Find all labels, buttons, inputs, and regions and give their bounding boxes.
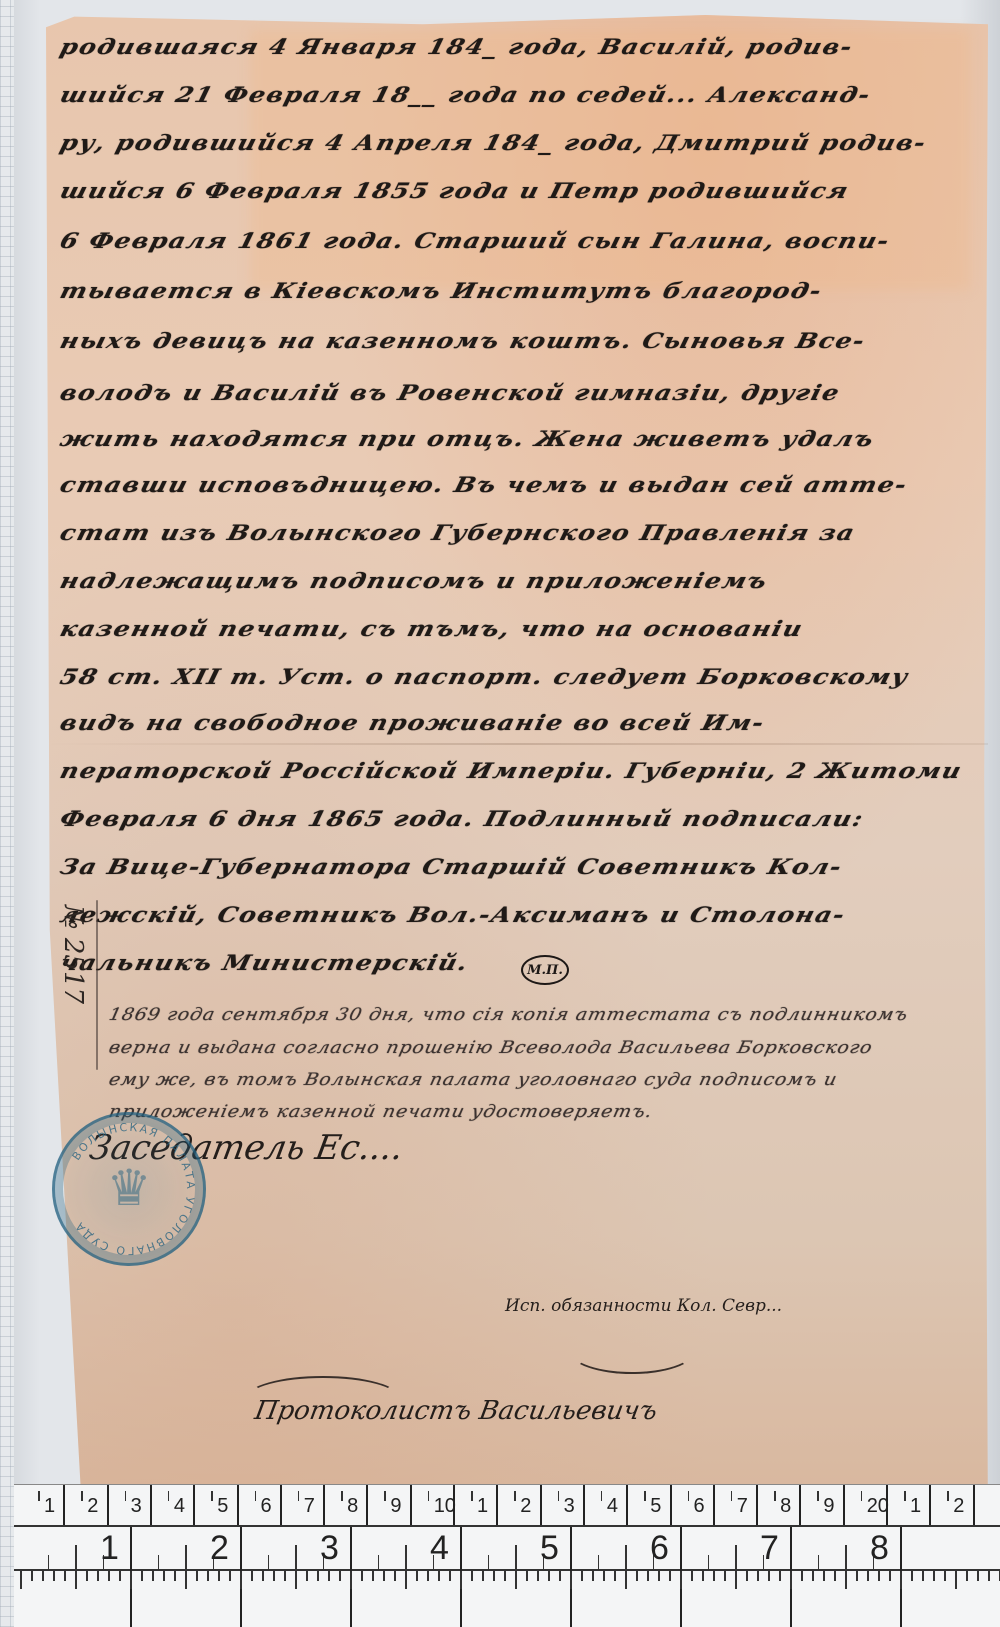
text-line: ру, родившийся 4 Апреля 184_ года, Дмитр… xyxy=(56,131,963,160)
text-line: Февраля 6 дня 1865 года. Подлинный подпи… xyxy=(56,807,963,836)
ruler-label: 5 xyxy=(540,1529,559,1568)
ruler-label: 1 xyxy=(477,1495,488,1518)
ruler-tick xyxy=(691,1571,693,1581)
ruler-label: 1 xyxy=(100,1529,119,1568)
text-line: володъ и Василій въ Ровенской гимназіи, … xyxy=(56,381,963,410)
ruler-tick xyxy=(218,1571,220,1581)
ruler-tick xyxy=(702,1571,704,1581)
ruler-label: 5 xyxy=(650,1495,661,1518)
ruler-tick xyxy=(713,1571,715,1581)
ruler-tick xyxy=(626,1485,628,1525)
text-line: стат изъ Волынского Губернского Правлені… xyxy=(56,521,963,550)
ruler-label: 6 xyxy=(261,1495,272,1518)
ruler-bottom-scale xyxy=(14,1527,1000,1571)
mp-seal-mark: М.П. xyxy=(521,955,569,985)
ruler-tick xyxy=(306,1571,308,1581)
ruler-tick xyxy=(81,1491,83,1501)
ruler-tick xyxy=(688,1491,690,1501)
ruler-tick xyxy=(947,1491,949,1501)
text-line: ныхъ девицъ на казенномъ коштъ. Сыновья … xyxy=(56,329,963,358)
ruler-tick xyxy=(405,1571,407,1589)
ruler-label: 8 xyxy=(347,1495,358,1518)
ruler-tick xyxy=(929,1485,931,1525)
ruler-tick xyxy=(911,1571,913,1581)
ruler-tick xyxy=(237,1485,239,1525)
ruler-tick xyxy=(295,1545,297,1569)
ruler-tick xyxy=(644,1491,646,1501)
text-line: лежскій, Советникъ Вол.-Аксиманъ и Столо… xyxy=(56,903,963,932)
ruler-tick xyxy=(504,1571,506,1581)
ruler-tick xyxy=(410,1485,412,1525)
ruler-tick xyxy=(680,1571,682,1589)
ruler-tick xyxy=(207,1571,209,1581)
text-line: шийся 6 Февраля 1855 года и Петр родивши… xyxy=(56,179,963,208)
margin-number-note: № 2517 xyxy=(48,905,88,1045)
ruler-tick xyxy=(119,1571,121,1581)
ruler-tick xyxy=(298,1491,300,1501)
ruler-tick xyxy=(295,1571,297,1589)
ruler-tick xyxy=(75,1545,77,1569)
ruler-tick xyxy=(746,1571,748,1581)
ruler-label: 9 xyxy=(823,1495,834,1518)
ruler-tick xyxy=(878,1571,880,1581)
ruler-tick xyxy=(603,1571,605,1581)
ruler-tick xyxy=(735,1545,737,1569)
text-line: жить находятся при отцъ. Жена живетъ уда… xyxy=(56,427,963,456)
ruler-tick xyxy=(515,1545,517,1569)
ruler-tick xyxy=(845,1545,847,1569)
ruler-tick xyxy=(817,1491,819,1501)
ruler-tick xyxy=(636,1571,638,1581)
ruler-tick xyxy=(944,1571,946,1581)
ruler-tick xyxy=(350,1571,352,1589)
ruler-tick xyxy=(790,1571,792,1589)
ruler-tick xyxy=(317,1571,319,1581)
paper-fold-line xyxy=(46,743,988,745)
ruler-tick xyxy=(384,1491,386,1501)
ruler-tick xyxy=(933,1571,935,1581)
ruler-tick xyxy=(955,1571,957,1589)
ruler-tick xyxy=(339,1571,341,1581)
certification-line: ему же, въ томъ Волынская палата уголовн… xyxy=(105,1070,962,1101)
ruler-tick xyxy=(670,1485,672,1525)
ruler-label: 2 xyxy=(953,1495,964,1518)
text-line: ставши исповъдницею. Въ чемъ и выдан сей… xyxy=(56,473,963,502)
ruler-tick xyxy=(570,1571,572,1589)
ruler-tick xyxy=(581,1571,583,1581)
ruler-tick xyxy=(280,1485,282,1525)
text-line: надлежащимъ подписомъ и приложеніемъ xyxy=(56,569,963,598)
certification-line: верна и выдана согласно прошенію Всеволо… xyxy=(105,1038,962,1069)
ruler-label: 5 xyxy=(217,1495,228,1518)
ruler-tick xyxy=(834,1571,836,1581)
ruler-tick xyxy=(647,1571,649,1581)
ruler-tick xyxy=(823,1571,825,1581)
ruler-label: 4 xyxy=(607,1495,618,1518)
ruler-tick xyxy=(708,1555,710,1569)
signature-flourish xyxy=(570,1330,694,1374)
ruler-tick xyxy=(861,1491,863,1501)
ruler-tick xyxy=(460,1571,462,1589)
ruler-tick xyxy=(592,1571,594,1581)
ruler-tick xyxy=(158,1555,160,1569)
ruler-tick xyxy=(845,1571,847,1589)
ruler-tick xyxy=(779,1571,781,1581)
ruler-label: 2 xyxy=(520,1495,531,1518)
ruler-tick xyxy=(42,1571,44,1581)
text-line: 58 ст. XII т. Уст. о паспорт. следует Бо… xyxy=(56,665,963,694)
ruler-tick xyxy=(559,1571,561,1581)
ruler-tick xyxy=(598,1555,600,1569)
ruler-label: 8 xyxy=(870,1529,889,1568)
ruler-tick xyxy=(20,1571,22,1589)
ruler-tick xyxy=(240,1571,242,1589)
ruler-tick xyxy=(757,1571,759,1581)
ruler-tick xyxy=(328,1571,330,1581)
ruler-label: 6 xyxy=(694,1495,705,1518)
text-line: 6 Февраля 1861 года. Старший сын Галина,… xyxy=(56,229,963,258)
ruler-tick xyxy=(185,1571,187,1589)
grid-mat xyxy=(0,0,14,1627)
ruler-top-scale xyxy=(14,1485,1000,1527)
ruler-tick xyxy=(540,1485,542,1525)
ruler-tick xyxy=(185,1545,187,1569)
ruler-tick xyxy=(731,1491,733,1501)
ruler-label: 6 xyxy=(650,1529,669,1568)
ruler-tick xyxy=(174,1571,176,1581)
ruler-tick xyxy=(63,1485,65,1525)
ruler-tick xyxy=(152,1571,154,1581)
ruler-tick xyxy=(493,1571,495,1581)
text-line: чальникъ Министерскій. xyxy=(56,951,523,980)
ruler-label: 3 xyxy=(564,1495,575,1518)
ruler-tick xyxy=(799,1485,801,1525)
certification-line: 1869 года сентября 30 дня, что сія копія… xyxy=(105,1005,962,1036)
signature-ispolnyayushchiy: Исп. обязанности Кол. Севр... xyxy=(505,1296,782,1316)
ruler-tick xyxy=(889,1571,891,1581)
ruler-tick xyxy=(163,1571,165,1581)
text-line: родившаяся 4 Января 184_ года, Василій, … xyxy=(56,35,963,64)
ruler-tick xyxy=(31,1571,33,1581)
measuring-ruler: 12345678910123456789201212345678 xyxy=(14,1484,1000,1627)
text-line: казенной печати, съ тъмъ, что на основан… xyxy=(56,617,963,646)
ruler-tick xyxy=(471,1571,473,1581)
ruler-tick xyxy=(774,1491,776,1501)
ruler-tick xyxy=(108,1571,110,1581)
ruler-tick xyxy=(514,1491,516,1501)
ruler-tick xyxy=(658,1571,660,1581)
ruler-tick xyxy=(378,1555,380,1569)
ruler-tick xyxy=(471,1491,473,1501)
ruler-tick xyxy=(900,1571,902,1589)
ruler-tick xyxy=(284,1571,286,1581)
ruler-tick xyxy=(818,1555,820,1569)
ruler-tick xyxy=(268,1555,270,1569)
ruler-tick xyxy=(977,1571,979,1581)
ruler-tick xyxy=(125,1491,127,1501)
text-line: тывается в Кіевскомъ Институтъ благород- xyxy=(56,279,963,308)
ruler-tick xyxy=(496,1485,498,1525)
ruler-tick xyxy=(922,1571,924,1581)
ruler-tick xyxy=(583,1485,585,1525)
ruler-label: 3 xyxy=(131,1495,142,1518)
ruler-label: 3 xyxy=(320,1529,339,1568)
ruler-tick xyxy=(438,1571,440,1581)
text-line: За Вице-Губернатора Старшій Советникъ Ко… xyxy=(56,855,963,884)
ruler-tick xyxy=(625,1571,627,1589)
ruler-tick xyxy=(988,1571,990,1581)
ruler-label: 4 xyxy=(174,1495,185,1518)
ruler-tick xyxy=(273,1571,275,1581)
ruler-tick xyxy=(394,1571,396,1581)
ruler-tick xyxy=(856,1571,858,1581)
ruler-tick xyxy=(614,1571,616,1581)
ruler-tick xyxy=(427,1571,429,1581)
ruler-label: 7 xyxy=(304,1495,315,1518)
ruler-tick xyxy=(38,1491,40,1501)
ruler-tick xyxy=(973,1485,975,1525)
ruler-tick xyxy=(904,1491,906,1501)
ruler-tick xyxy=(449,1571,451,1581)
ruler-tick xyxy=(515,1571,517,1589)
ruler-tick xyxy=(196,1571,198,1581)
ruler-tick xyxy=(416,1571,418,1581)
ruler-tick xyxy=(86,1571,88,1581)
eagle-icon: ♛ xyxy=(99,1155,159,1221)
ruler-tick xyxy=(366,1485,368,1525)
ruler-tick xyxy=(97,1571,99,1581)
ruler-label: 7 xyxy=(760,1529,779,1568)
ruler-label: 20 xyxy=(867,1495,889,1518)
ruler-tick xyxy=(488,1555,490,1569)
ruler-tick xyxy=(812,1571,814,1581)
ruler-tick xyxy=(130,1571,132,1589)
ruler-label: 10 xyxy=(434,1495,456,1518)
ruler-tick xyxy=(48,1555,50,1569)
text-line: ператорской Россійской Имперіи. Губерніи… xyxy=(56,759,963,788)
ruler-tick xyxy=(669,1571,671,1581)
ruler-tick xyxy=(526,1571,528,1581)
ruler-tick xyxy=(966,1571,968,1581)
ruler-tick xyxy=(211,1491,213,1501)
ruler-tick xyxy=(843,1485,845,1525)
ruler-label: 2 xyxy=(87,1495,98,1518)
ruler-tick xyxy=(150,1485,152,1525)
ruler-tick xyxy=(323,1485,325,1525)
ruler-tick xyxy=(548,1571,550,1581)
ruler-tick xyxy=(625,1545,627,1569)
ruler-label: 7 xyxy=(737,1495,748,1518)
ruler-label: 9 xyxy=(390,1495,401,1518)
ruler-tick xyxy=(601,1491,603,1501)
ruler-tick xyxy=(262,1571,264,1581)
ruler-tick xyxy=(558,1491,560,1501)
ruler-tick xyxy=(867,1571,869,1581)
ruler-tick xyxy=(64,1571,66,1581)
ruler-label: 4 xyxy=(430,1529,449,1568)
ruler-tick xyxy=(428,1491,430,1501)
ruler-tick xyxy=(53,1571,55,1581)
ruler-label: 1 xyxy=(910,1495,921,1518)
ruler-tick xyxy=(482,1571,484,1581)
ruler-tick xyxy=(383,1571,385,1581)
ruler-tick xyxy=(361,1571,363,1581)
signature-flourish xyxy=(246,1376,400,1420)
ruler-tick xyxy=(372,1571,374,1581)
ruler-tick xyxy=(75,1571,77,1589)
margin-bracket xyxy=(96,900,98,1070)
ruler-tick xyxy=(735,1571,737,1589)
official-round-stamp: ВОЛЫНСКАЯ ПАЛАТА УГОЛОВНАГО СУДА ♛ xyxy=(52,1112,206,1266)
ruler-tick xyxy=(341,1491,343,1501)
ruler-tick xyxy=(193,1485,195,1525)
ruler-tick xyxy=(713,1485,715,1525)
text-line: шийся 21 Февраля 18__ года по седей... А… xyxy=(56,83,963,112)
ruler-tick xyxy=(251,1571,253,1581)
ruler-tick xyxy=(756,1485,758,1525)
ruler-label: 1 xyxy=(44,1495,55,1518)
ruler-tick xyxy=(801,1571,803,1581)
ruler-tick xyxy=(168,1491,170,1501)
ruler-tick xyxy=(255,1491,257,1501)
ruler-label: 8 xyxy=(780,1495,791,1518)
text-line: видъ на свободное проживаніе во всей Им- xyxy=(56,711,963,740)
ruler-tick xyxy=(724,1571,726,1581)
ruler-tick xyxy=(107,1485,109,1525)
ruler-label: 2 xyxy=(210,1529,229,1568)
ruler-tick xyxy=(537,1571,539,1581)
ruler-tick xyxy=(768,1571,770,1581)
ruler-tick xyxy=(229,1571,231,1581)
ruler-tick xyxy=(405,1545,407,1569)
ruler-tick xyxy=(141,1571,143,1581)
